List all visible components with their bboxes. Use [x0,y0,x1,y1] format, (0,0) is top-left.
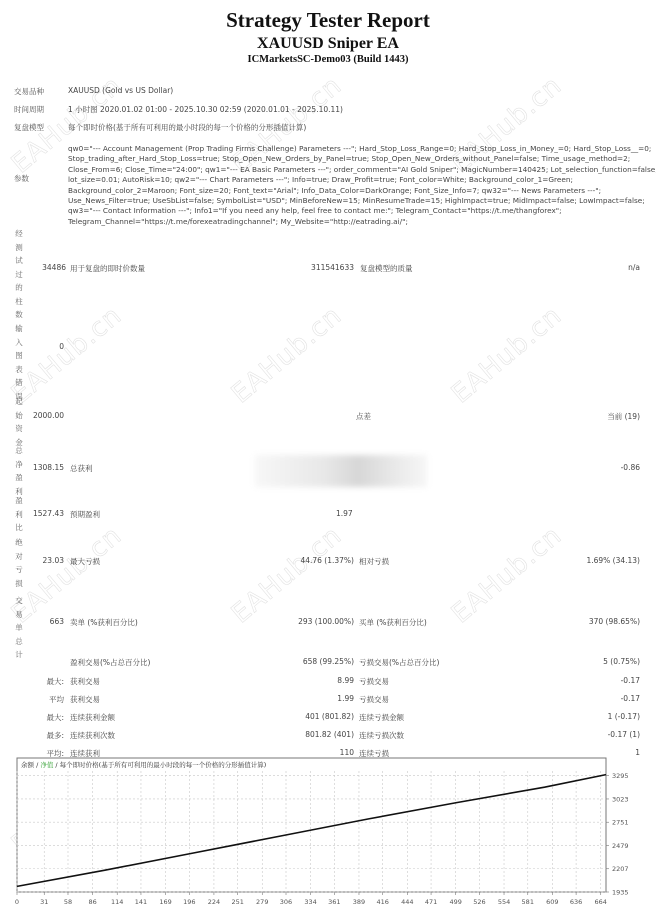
ticks-value: 311541633 [311,263,354,272]
row-prefix: 平均 [49,694,64,705]
row-left-value: 110 [340,748,354,757]
rel-drawdown-label: 相对亏损 [359,556,389,567]
redacted-region [255,455,427,487]
y-tick-label: 2751 [612,819,629,827]
x-tick-label: 389 [353,898,365,906]
x-tick-label: 361 [328,898,340,906]
row-right-label: 连续亏损金额 [359,712,404,723]
x-tick-label: 306 [280,898,292,906]
expected-payoff-value: 1.97 [336,509,353,518]
spread-label: 点差 [356,411,371,422]
x-tick-label: 169 [159,898,171,906]
expected-payoff-label: 预期盈利 [70,509,100,520]
period-label: 时间周期 [14,104,44,115]
row-left-value: 1.99 [337,694,354,703]
row-prefix: 最大: [46,676,64,687]
watermark: EAHub.cn [6,521,128,630]
report-title: Strategy Tester Report [0,8,656,33]
x-tick-label: 251 [231,898,243,906]
x-tick-label: 636 [570,898,582,906]
x-tick-label: 334 [304,898,316,906]
row-prefix: 最多: [46,730,64,741]
watermark: EAHub.cn [226,301,348,410]
watermark: EAHub.cn [446,521,568,630]
profit-factor-label: 盈利比 [14,494,24,535]
row-right-label: 亏损交易 [359,676,389,687]
x-tick-label: 416 [376,898,388,906]
short-value: 293 (100.00%) [298,617,354,626]
abs-drawdown-label: 绝对亏损 [14,536,24,590]
bars-value: 34486 [42,263,66,272]
profit-trades-label: 盈利交易(%占总百分比) [70,657,150,668]
y-tick-label: 3295 [612,772,629,780]
y-tick-label: 2207 [612,865,629,873]
quality-label: 复盘模型的质量 [360,263,413,274]
x-tick-label: 224 [208,898,220,906]
row-left-label: 获利交易 [70,676,100,687]
loss-trades-label: 亏损交易(%占总百分比) [359,657,439,668]
x-tick-label: 499 [449,898,461,906]
y-tick-label: 3023 [612,795,629,803]
x-tick-label: 114 [111,898,123,906]
row-prefix: 最大: [46,712,64,723]
row-right-label: 亏损交易 [359,694,389,705]
x-tick-label: 86 [88,898,96,906]
watermark: EAHub.cn [6,301,128,410]
x-tick-label: 664 [595,898,607,906]
watermark: EAHub.cn [446,301,568,410]
row-left-value: 801.82 (401) [305,730,354,739]
x-tick-label: 471 [425,898,437,906]
watermark: EAHub.cn [226,521,348,630]
short-label: 卖单 (%获利百分比) [70,617,138,628]
row-left-label: 连续获利次数 [70,730,115,741]
x-tick-label: 31 [40,898,48,906]
long-value: 370 (98.65%) [589,617,640,626]
loss-trades-value: 5 (0.75%) [603,657,640,666]
server-build: ICMarketsSC-Demo03 (Build 1443) [0,54,656,65]
profit-trades-value: 658 (99.25%) [303,657,354,666]
net-profit-value: 1308.15 [33,463,64,472]
x-tick-label: 141 [135,898,147,906]
row-left-label: 连续获利金额 [70,712,115,723]
x-tick-label: 554 [498,898,510,906]
profit-factor-value: 1527.43 [33,509,64,518]
gross-profit-label: 总获利 [70,463,93,474]
x-tick-label: 581 [522,898,534,906]
x-tick-label: 526 [473,898,485,906]
x-tick-label: 609 [546,898,558,906]
x-tick-label: 196 [183,898,195,906]
row-right-value: 1 (-0.17) [608,712,640,721]
x-tick-label: 58 [64,898,72,906]
y-tick-label: 2479 [612,842,629,850]
row-right-value: -0.17 (1) [608,730,640,739]
ticks-label: 用于复盘的即时价数量 [70,263,145,274]
row-left-label: 获利交易 [70,694,100,705]
row-right-value: 1 [635,748,640,757]
x-tick-label: 279 [256,898,268,906]
row-right-label: 连续亏损次数 [359,730,404,741]
params-value: qw0="--- Account Management (Prop Tradin… [68,144,656,227]
gross-loss-value: -0.86 [621,463,640,472]
chart-title: 余额 / 净值 / 每个即时价格(基于所有可利用的最小时段的每一个价格的分形插值… [21,760,266,769]
long-label: 买单 (%获利百分比) [359,617,427,628]
deposit-value: 2000.00 [33,411,64,420]
balance-chart: 余额 / 净值 / 每个即时价格(基于所有可利用的最小时段的每一个价格的分形插值… [0,757,656,913]
net-profit-label: 总净盈利 [14,444,24,498]
chart-frame [17,758,606,892]
row-left-value: 401 (801.82) [305,712,354,721]
row-right-value: -0.17 [621,694,640,703]
symbol-label: 交易品种 [14,86,44,97]
spread-value: 当前 (19) [607,411,640,422]
x-tick-label: 444 [401,898,413,906]
x-tick-label: 0 [15,898,19,906]
ea-name: XAUUSD Sniper EA [0,35,656,53]
row-left-value: 8.99 [337,676,354,685]
row-right-value: -0.17 [621,676,640,685]
quality-value: n/a [628,263,640,272]
total-trades-value: 663 [50,617,64,626]
rel-drawdown-value: 1.69% (34.13) [586,556,640,565]
y-tick-label: 1935 [612,889,629,897]
bars-label: 经测试过的柱数 [14,227,24,322]
